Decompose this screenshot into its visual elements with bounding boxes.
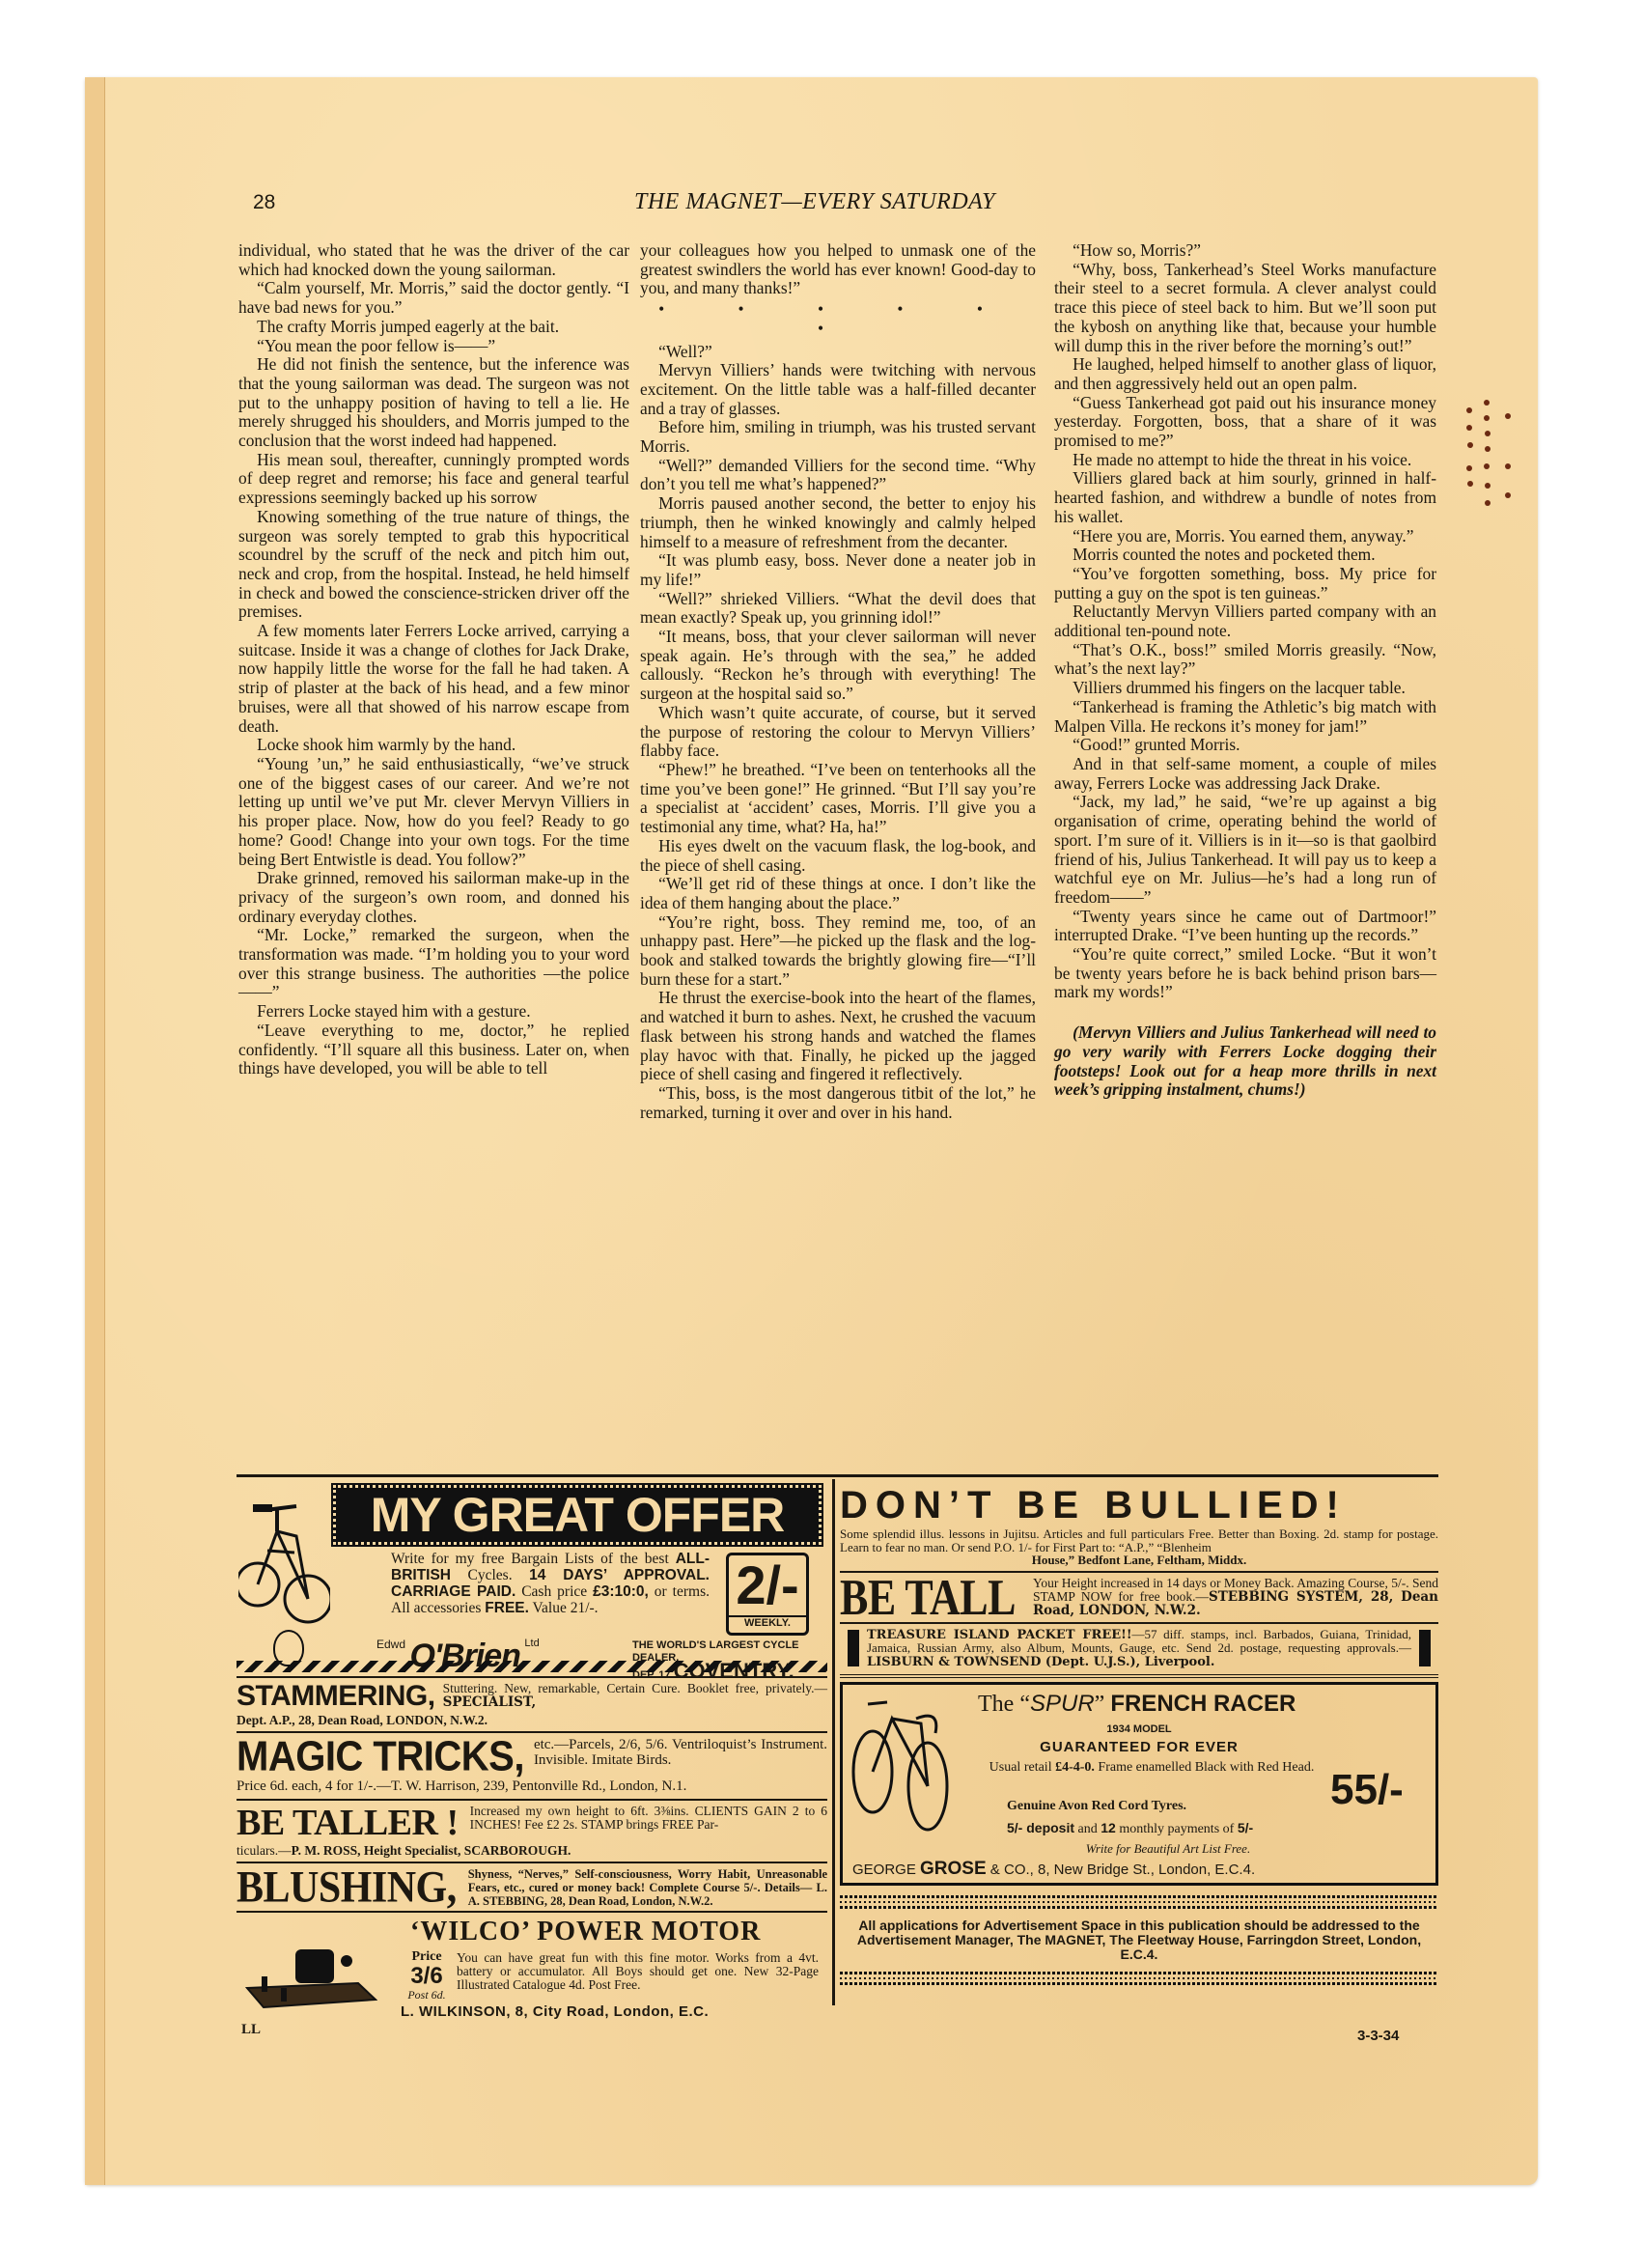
story-column-3: “How so, Morris?”“Why, boss, Tankerhead’… [1054,241,1436,1100]
paragraph: your colleagues how you helped to unmask… [640,241,1036,298]
paragraph: He thrust the exercise-book into the hea… [640,989,1036,1084]
paragraph: “That’s O.K., boss!” smiled Morris greas… [1054,641,1436,679]
paragraph: Morris paused another second, the better… [640,494,1036,551]
paragraph: Ferrers Locke stayed him with a gesture. [238,1002,629,1022]
advertising-notice: All applications for Advertisement Space… [840,1918,1438,1962]
paragraph: “Well?” [640,343,1036,362]
paragraph: “Well?” demanded Villiers for the second… [640,457,1036,494]
running-header: 28 THE MAGNET—EVERY SATURDAY [253,191,1440,216]
ad-be-tall: BE TALL Your Height increased in 14 days… [840,1573,1438,1624]
section-divider [237,1474,1438,1477]
paragraph: “This, boss, is the most dangerous titbi… [640,1084,1036,1122]
paragraph: “Mr. Locke,” remarked the surgeon, when … [238,926,629,1002]
paragraph: Which wasn’t quite accurate, of course, … [640,704,1036,761]
ad-great-offer: MY GREAT OFFER Write for my free Bargain… [237,1483,827,1678]
paragraph: Mervyn Villiers’ hands were twitching wi… [640,361,1036,418]
paragraph: A few moments later Ferrers Locke arrive… [238,622,629,736]
paragraph: individual, who stated that he was the d… [238,241,629,279]
closing-note: (Mervyn Villiers and Julius Tankerhead w… [1054,1023,1436,1100]
decorative-rule [840,1895,1438,1909]
paragraph: “Good!” grunted Morris. [1054,736,1436,755]
masthead: THE MAGNET—EVERY SATURDAY [634,189,995,215]
paragraph: “Here you are, Morris. You earned them, … [1054,527,1436,546]
paragraph: “How so, Morris?” [1054,241,1436,261]
bicycle-icon [849,1694,955,1839]
ad-banner: MY GREAT OFFER [333,1485,822,1545]
ad-be-taller: BE TALLER ! Increased my own height to 6… [237,1801,827,1863]
column-divider [832,1479,835,2005]
page-number: 28 [253,191,275,214]
motor-icon [242,1940,377,2017]
price-block: Price 3/6 Post 6d. [401,1949,453,2002]
paragraph: Reluctantly Mervyn Villiers parted compa… [1054,602,1436,640]
paragraph: “You’re right, boss. They remind me, too… [640,913,1036,990]
paragraph: “It was plumb easy, boss. Never done a n… [640,551,1036,589]
paragraph: “Why, boss, Tankerhead’s Steel Works man… [1054,261,1436,356]
paragraph: “Calm yourself, Mr. Morris,” said the do… [238,279,629,317]
ad-body: Write for my free Bargain Lists of the b… [391,1551,710,1616]
paragraph: “Guess Tankerhead got paid out his insur… [1054,394,1436,451]
page-spine [85,77,105,2185]
section-break: • • • • • • [640,300,1036,338]
ads-right-column: DON’T BE BULLIED! Some splendid illus. l… [840,1483,1438,1995]
paragraph: “Young ’un,” he said enthusiastically, “… [238,755,629,869]
paragraph: He made no attempt to hide the threat in… [1054,451,1436,470]
paragraph: And in that self-same moment, a couple o… [1054,755,1436,793]
paragraph: His eyes dwelt on the vacuum flask, the … [640,837,1036,875]
paragraph: Knowing something of the true nature of … [238,508,629,622]
paragraph: Villiers glared back at him sourly, grin… [1054,469,1436,526]
paragraph: Before him, smiling in triumph, was his … [640,418,1036,456]
ad-treasure-island: TREASURE ISLAND PACKET FREE!!—57 diff. s… [840,1624,1438,1679]
paragraph: Drake grinned, removed his sailorman mak… [238,869,629,926]
paragraph: “You’ve forgotten something, boss. My pr… [1054,565,1436,602]
story-column-2: your colleagues how you helped to unmask… [640,241,1036,1122]
ad-magic-tricks: MAGIC TRICKS, etc.—Parcels, 2/6, 5/6. Ve… [237,1733,827,1801]
price-badge: 2/- WEEKLY. [726,1553,809,1636]
paragraph: “Well?” shrieked Villiers. “What the dev… [640,590,1036,628]
paragraph: Villiers drummed his fingers on the lacq… [1054,679,1436,698]
issue-date: 3-3-34 [1357,2028,1399,2044]
ad-spur-french-racer: The “SPUR” FRENCH RACER 1934 MODEL GUARA… [840,1682,1438,1886]
black-bar [1419,1630,1431,1667]
ad-dont-be-bullied: DON’T BE BULLIED! Some splendid illus. l… [840,1483,1438,1573]
paragraph: “Jack, my lad,” he said, “we’re up again… [1054,793,1436,907]
ad-title: The “SPUR” FRENCH RACER [978,1691,1296,1718]
paragraph: “We’ll get rid of these things at once. … [640,875,1036,912]
footer-code: LL [241,2022,261,2038]
paragraph: “Leave everything to me, doctor,” he rep… [238,1022,629,1078]
paragraph: He did not finish the sentence, but the … [238,355,629,451]
paragraph: He laughed, helped himself to another gl… [1054,355,1436,393]
hatched-border [237,1661,827,1672]
paragraph: “Phew!” he breathed. “I’ve been on tente… [640,761,1036,837]
paragraph: “You’re quite correct,” smiled Locke. “B… [1054,945,1436,1002]
ads-left-column: MY GREAT OFFER Write for my free Bargain… [237,1483,827,2019]
paragraph: His mean soul, thereafter, cunningly pro… [238,451,629,508]
paragraph: Locke shook him warmly by the hand. [238,736,629,755]
paragraph: “It means, boss, that your clever sailor… [640,628,1036,704]
paragraph: “Tankerhead is framing the Athletic’s bi… [1054,698,1436,736]
paragraph: The crafty Morris jumped eagerly at the … [238,318,629,337]
ad-blushing: BLUSHING, Shyness, “Nerves,” Self-consci… [237,1863,827,1913]
price-label: 55/- [1330,1766,1404,1814]
paragraph: “Twenty years since he came out of Dartm… [1054,908,1436,945]
decorative-rule [840,1972,1438,1985]
ad-stammering: STAMMERING, Stuttering. New, remarkable,… [237,1678,827,1733]
story-column-1: individual, who stated that he was the d… [238,241,629,1078]
paragraph: “You mean the poor fellow is——” [238,337,629,356]
ad-wilco-motor: ‘WILCO’ POWER MOTOR Price 3/6 Post 6d. Y… [237,1913,827,2019]
bicycle-icon [238,1493,330,1638]
paragraph: Morris counted the notes and pocketed th… [1054,546,1436,565]
rust-stains [1464,396,1522,521]
black-bar [848,1630,859,1667]
ad-title: ‘WILCO’ POWER MOTOR [410,1917,761,1947]
